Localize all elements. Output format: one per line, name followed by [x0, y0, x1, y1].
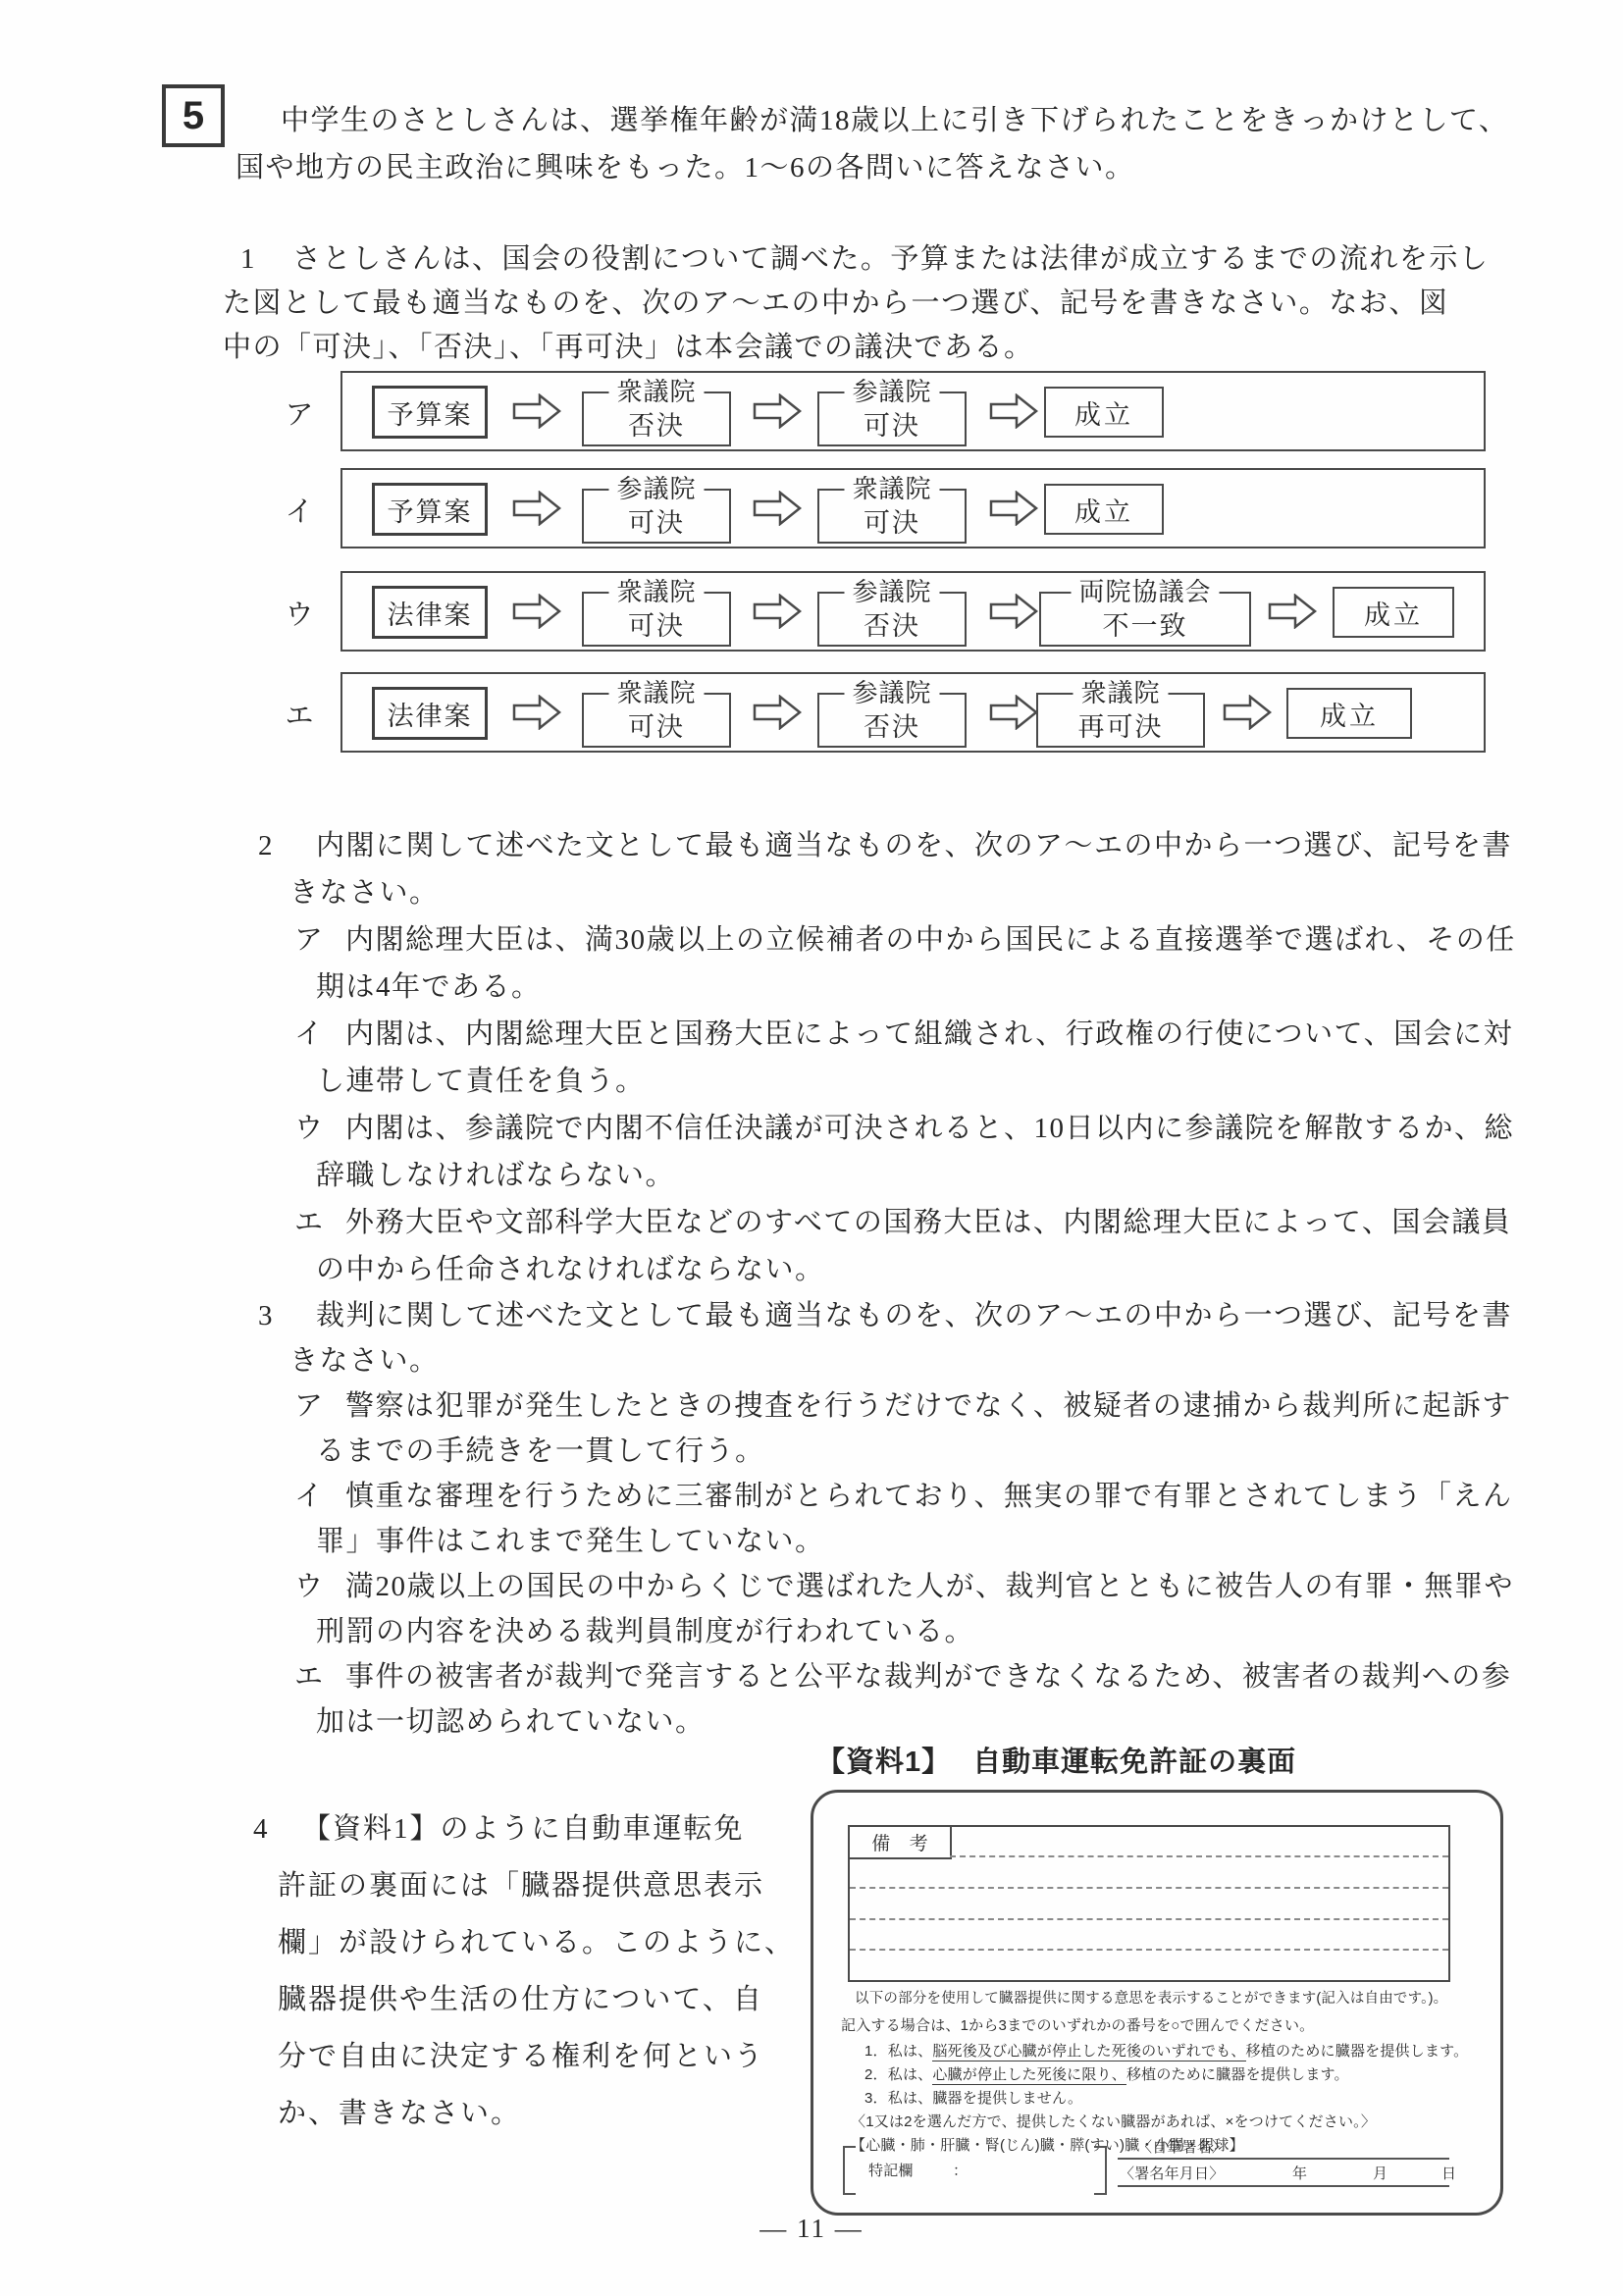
q4-line: か、書きなさい。	[253, 2085, 795, 2142]
q1-line: さとしさんは、国会の役割について調べた。予算または法律が成立するまでの流れを示し	[292, 243, 1489, 275]
seiritsu-box: 成立	[1333, 587, 1454, 638]
flow-arrow-icon	[753, 594, 802, 629]
date-year-label: 年	[1292, 2163, 1307, 2183]
q3-head-line: きなさい。	[258, 1338, 1514, 1383]
house-step-box: 参議院 可決	[582, 489, 731, 544]
q2-number: 2	[258, 822, 316, 869]
seiritsu-box: 成立	[1044, 387, 1164, 438]
q4-line: 臓器提供や生活の仕方について、自	[253, 1971, 795, 2028]
bracket-open-icon	[843, 2146, 856, 2195]
house-step-box: 衆議院 可決	[582, 693, 731, 748]
flow-row-label: ア	[280, 392, 319, 433]
option-line: 警察は犯罪が発生したときの捜査を行うだけでなく、被疑者の逮捕から裁判所に起訴す	[345, 1390, 1512, 1422]
bill-box: 予算案	[372, 483, 488, 536]
intro-line: 中学生のさとしさんは、選挙権年齢が満18歳以上に引き下げられたことをきっかけとし…	[236, 97, 1508, 144]
flow-arrow-icon	[512, 393, 561, 429]
vote-result: 可決	[584, 604, 729, 643]
option-label: ウ	[294, 1564, 345, 1609]
dashed-line	[850, 1918, 1448, 1920]
underlined-text: 心臓が停止した死後に限り、	[932, 2066, 1126, 2085]
house-legend: 衆議院	[608, 378, 704, 407]
q4-line: 欄」が設けられている。このように、	[253, 1914, 795, 1971]
house-legend: 衆議院	[1073, 679, 1168, 708]
shiryo1-tag: 【資料1】	[816, 1747, 951, 1778]
flow-row-e: 法律案 衆議院 可決 参議院 否決 衆議院 再可決 成立	[340, 672, 1486, 753]
intro-line: 国や地方の民主政治に興味をもった。1～6の各問いに答えなさい。	[236, 144, 1508, 191]
flow-arrow-icon	[512, 594, 561, 629]
bill-box: 法律案	[372, 687, 488, 740]
dashed-line	[950, 1855, 1448, 1857]
vote-result: 可決	[819, 404, 965, 443]
vote-result: 否決	[819, 705, 965, 744]
option-label: ウ	[294, 1105, 345, 1152]
house-legend: 参議院	[608, 475, 704, 504]
flow-arrow-icon	[989, 393, 1038, 429]
house-legend: 参議院	[844, 679, 939, 708]
flow-arrow-icon	[989, 695, 1038, 730]
option-line: 内閣総理大臣は、満30歳以上の立候補者の中から国民による直接選挙で選ばれ、その任	[345, 924, 1516, 956]
underlined-text: 脳死後及び心臓が停止した死後のいずれでも、	[932, 2043, 1245, 2061]
vote-result: 再可決	[1038, 705, 1203, 744]
flow-arrow-icon	[753, 695, 802, 730]
sign-date-label: 〈署名年月日〉	[1120, 2163, 1224, 2183]
date-day-label: 日	[1441, 2163, 1456, 2183]
q3-block: 3裁判に関して述べた文として最も適当なものを、次のア～エの中から一つ選び、記号を…	[258, 1293, 1514, 1745]
house-legend: 参議院	[844, 378, 939, 407]
license-card: 備 考 以下の部分を使用して臓器提供に関する意思を表示することができます(記入は…	[811, 1790, 1503, 2216]
house-legend: 参議院	[844, 578, 939, 607]
question-number-box: 5	[162, 84, 225, 147]
option-line: し連帯して責任を負う。	[258, 1058, 1516, 1105]
q3-number: 3	[258, 1293, 316, 1338]
flow-row-label: エ	[280, 694, 319, 734]
seiritsu-box: 成立	[1044, 484, 1164, 535]
q1-line: た図として最も適当なものを、次のア～エの中から一つ選び、記号を書きなさい。なお、…	[223, 282, 1489, 326]
donor-choice-1: 1．私は、脳死後及び心臓が停止した死後のいずれでも、移植のために臓器を提供します…	[864, 2040, 1468, 2061]
bill-box: 予算案	[372, 386, 488, 439]
house-step-box: 衆議院 可決	[582, 592, 731, 647]
q4-line: 【資料1】のように自動車運転免	[302, 1813, 745, 1845]
signature-line	[1118, 2158, 1449, 2160]
signature-date-line	[1118, 2185, 1449, 2187]
option-line: 内閣は、参議院で内閣不信任決議が可決されると、10日以内に参議院を解散するか、総	[345, 1113, 1514, 1144]
option-line: 罪」事件はこれまで発生していない。	[258, 1519, 1514, 1564]
donor-choice-3: 3．私は、臓器を提供しません。	[864, 2087, 1082, 2108]
option-line: るまでの手続きを一貫して行う。	[258, 1429, 1514, 1474]
option-line: の中から任命されなければならない。	[258, 1246, 1516, 1293]
bracket-close-icon	[1094, 2146, 1107, 2195]
flow-row-u: 法律案 衆議院 可決 参議院 否決 両院協議会 不一致 成立	[340, 571, 1486, 652]
q4-line: 許証の裏面には「臓器提供意思表示	[253, 1857, 795, 1914]
donor-desc-line: 以下の部分を使用して臓器提供に関する意思を表示することができます(記入は自由です…	[855, 1987, 1447, 2008]
option-line: 事件の被害者が裁判で発言すると公平な裁判ができなくなるため、被害者の裁判への参	[345, 1661, 1511, 1693]
house-step-box: 両院協議会 不一致	[1039, 592, 1251, 647]
flow-arrow-icon	[753, 393, 802, 429]
option-label: ア	[294, 916, 345, 964]
donor-note: 〈1又は2を選んだ方で、提供したくない臓器があれば、×をつけてください。〉	[851, 2111, 1376, 2131]
q3-head-line: 裁判に関して述べた文として最も適当なものを、次のア～エの中から一つ選び、記号を書	[316, 1300, 1512, 1331]
vote-result: 可決	[584, 705, 729, 744]
vote-result: 否決	[819, 604, 965, 643]
tokki-colon: ：	[953, 2160, 968, 2180]
question-number: 5	[183, 94, 204, 138]
dashed-line	[850, 1887, 1448, 1889]
flow-arrow-icon	[989, 491, 1038, 526]
house-legend: 衆議院	[844, 475, 939, 504]
house-step-box: 参議院 否決	[817, 693, 967, 748]
flow-arrow-icon	[1268, 594, 1317, 629]
flow-arrow-icon	[989, 594, 1038, 629]
option-line: 慎重な審理を行うために三審制がとられており、無実の罪で有罪とされてしまう「えん	[345, 1481, 1513, 1512]
option-label: エ	[294, 1199, 345, 1246]
house-step-box: 参議院 否決	[817, 592, 967, 647]
q2-head-line: きなさい。	[258, 869, 1516, 916]
option-line: 刑罰の内容を決める裁判員制度が行われている。	[258, 1609, 1514, 1654]
q1-number: 1	[240, 237, 292, 282]
signature-label: 〈自筆署名〉	[1137, 2136, 1227, 2157]
tokki-label: 特記欄	[868, 2160, 914, 2180]
date-month-label: 月	[1373, 2163, 1387, 2183]
q1-line: 中の「可決」、「否決」、「再可決」は本会議での議決である。	[223, 326, 1489, 370]
flow-arrow-icon	[753, 491, 802, 526]
option-line: 加は一切認められていない。	[258, 1699, 1514, 1745]
seiritsu-box: 成立	[1286, 688, 1412, 739]
flow-row-label: ウ	[280, 593, 319, 633]
option-line: 外務大臣や文部科学大臣などのすべての国務大臣は、内閣総理大臣によって、国会議員	[345, 1207, 1511, 1238]
q4-line: 分で自由に決定する権利を何という	[253, 2028, 795, 2085]
option-line: 満20歳以上の国民の中からくじで選ばれた人が、裁判官とともに被告人の有罪・無罪や	[345, 1571, 1514, 1602]
option-label: イ	[294, 1011, 345, 1058]
vote-result: 不一致	[1041, 604, 1249, 643]
dashed-line	[850, 1949, 1448, 1951]
option-label: ア	[294, 1383, 345, 1429]
option-line: 期は4年である。	[258, 964, 1516, 1011]
flow-row-i: 予算案 参議院 可決 衆議院 可決 成立	[340, 468, 1486, 548]
option-label: イ	[294, 1474, 345, 1519]
intro-paragraph: 中学生のさとしさんは、選挙権年齢が満18歳以上に引き下げられたことをきっかけとし…	[236, 97, 1508, 191]
vote-result: 可決	[819, 501, 965, 540]
option-line: 内閣は、内閣総理大臣と国務大臣によって組織され、行政権の行使について、国会に対	[345, 1018, 1513, 1050]
house-legend: 衆議院	[608, 578, 704, 607]
house-legend: 衆議院	[608, 679, 704, 708]
bill-box: 法律案	[372, 586, 488, 639]
house-step-box: 衆議院 可決	[817, 489, 967, 544]
q2-head-line: 内閣に関して述べた文として最も適当なものを、次のア～エの中から一つ選び、記号を書	[316, 830, 1512, 861]
vote-result: 可決	[584, 501, 729, 540]
house-step-box: 衆議院 否決	[582, 391, 731, 446]
q2-block: 2内閣に関して述べた文として最も適当なものを、次のア～エの中から一つ選び、記号を…	[258, 822, 1516, 1293]
house-step-box: 衆議院 再可決	[1036, 693, 1205, 748]
exam-page: 5 中学生のさとしさんは、選挙権年齢が満18歳以上に引き下げられたことをきっかけ…	[0, 0, 1623, 2296]
flow-arrow-icon	[512, 491, 561, 526]
flow-arrow-icon	[1223, 695, 1272, 730]
shiryo1-title: 自動車運転免許証の裏面	[972, 1747, 1296, 1778]
q1-prompt: 1さとしさんは、国会の役割について調べた。予算または法律が成立するまでの流れを示…	[223, 237, 1489, 370]
flow-row-label: イ	[280, 490, 319, 530]
biko-table: 備 考	[848, 1825, 1450, 1982]
vote-result: 否決	[584, 404, 729, 443]
q4-number: 4	[253, 1800, 302, 1857]
page-number: — 11 —	[0, 2214, 1623, 2244]
option-line: 辞職しなければならない。	[258, 1152, 1516, 1199]
flow-row-a: 予算案 衆議院 否決 参議院 可決 成立	[340, 371, 1486, 451]
option-label: エ	[294, 1654, 345, 1699]
shiryo1-heading: 【資料1】自動車運転免許証の裏面	[816, 1740, 1296, 1780]
q4-block: 4【資料1】のように自動車運転免 許証の裏面には「臓器提供意思表示 欄」が設けら…	[253, 1800, 795, 2142]
donor-choice-2: 2．私は、心臓が停止した死後に限り、移植のために臓器を提供します。	[864, 2063, 1349, 2084]
house-legend: 両院協議会	[1071, 578, 1219, 607]
house-step-box: 参議院 可決	[817, 391, 967, 446]
flow-arrow-icon	[512, 695, 561, 730]
donor-desc-line: 記入する場合は、1から3までのいずれかの番号を○で囲んでください。	[841, 2014, 1314, 2035]
biko-label: 備 考	[850, 1827, 952, 1859]
